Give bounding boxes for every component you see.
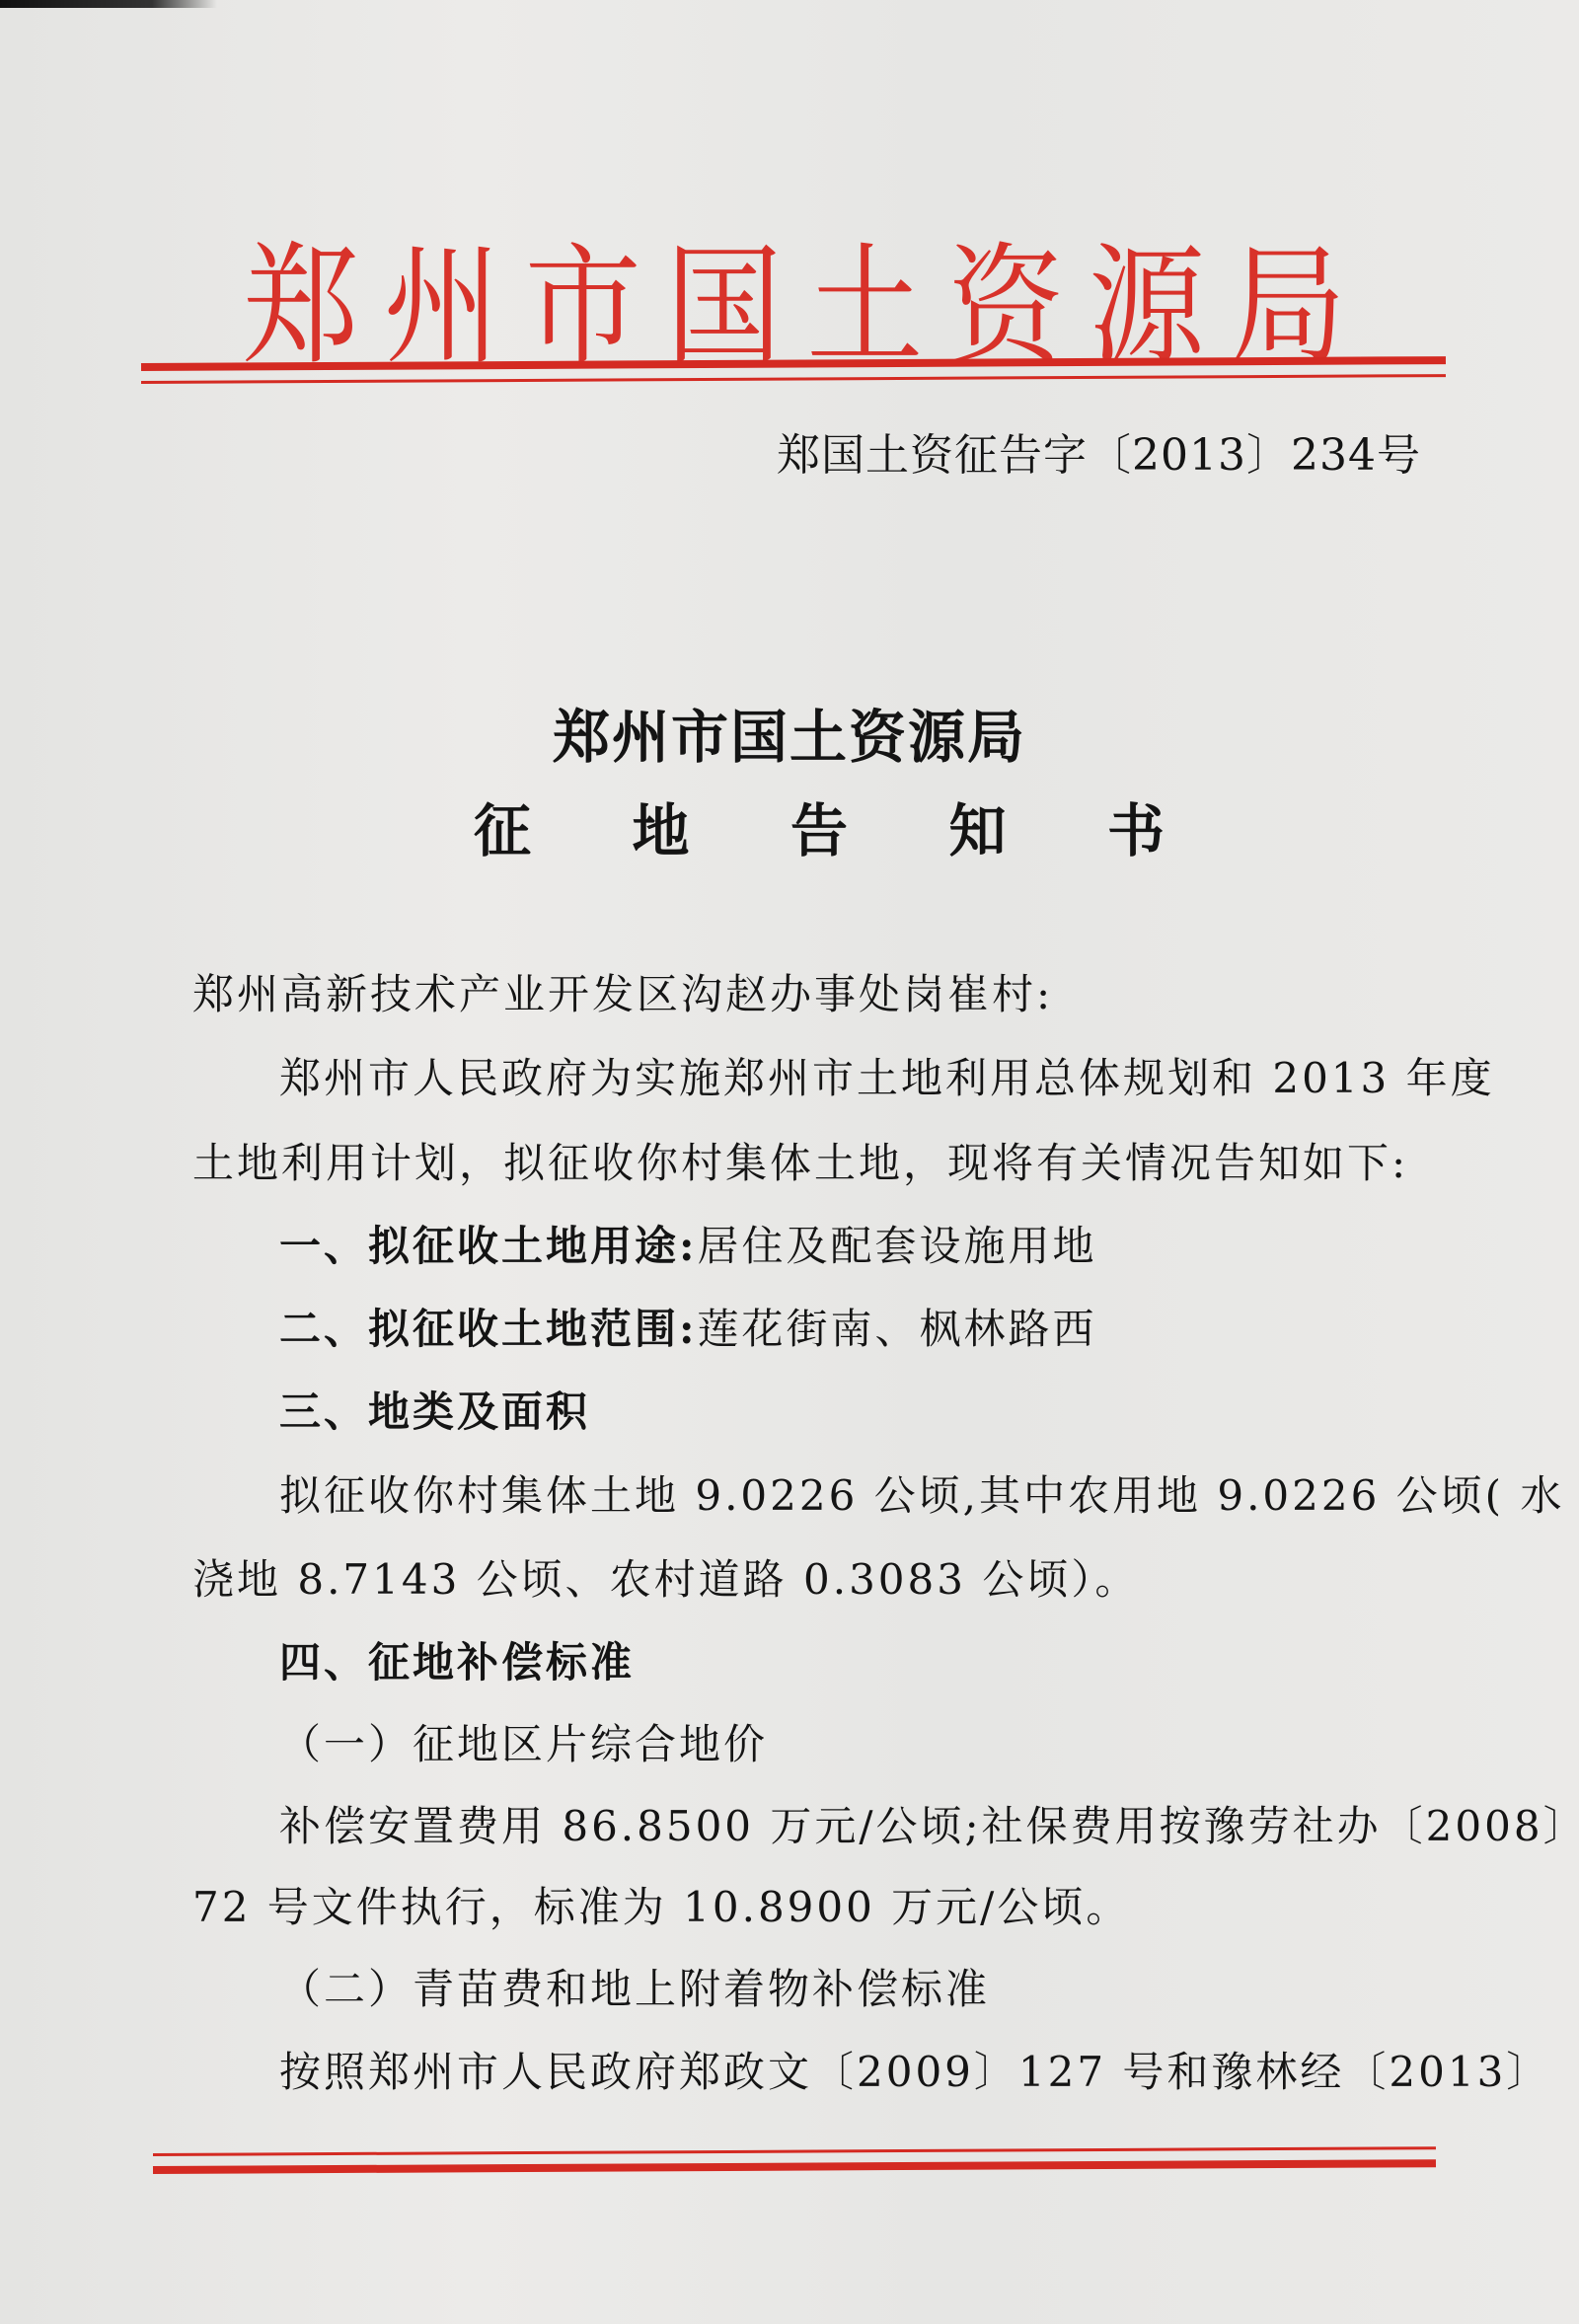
scan-edge-shadow (0, 0, 217, 8)
section-3-text-line-1: 拟征收你村集体土地 9.0226 公顷,其中农用地 9.0226 公顷( 水 (279, 1463, 1564, 1523)
title-char: 征 (474, 785, 531, 867)
masthead-char: 郑 (242, 201, 360, 389)
document-title-issuer: 郑州市国土资源局 (0, 691, 1579, 774)
section-4-sub-1-heading: （一）征地区片综合地价 (279, 1712, 768, 1771)
title-char: 告 (790, 785, 848, 867)
addressee: 郑州高新技术产业开发区沟赵办事处岗崔村: (192, 962, 1053, 1021)
section-3-heading: 三、地类及面积 (279, 1380, 590, 1439)
section-4-heading: 四、征地补偿标准 (279, 1630, 635, 1689)
section-4-sub-1-text-line-1: 补偿安置费用 86.8500 万元/公顷;社保费用按豫劳社办〔2008〕 (279, 1794, 1579, 1853)
section-2: 二、拟征收土地范围:莲花街南、枫林路西 (279, 1297, 1097, 1356)
intro-paragraph-line-1: 郑州市人民政府为实施郑州市土地利用总体规划和 2013 年度 (279, 1046, 1495, 1105)
footer-rule-thick (153, 2159, 1436, 2174)
section-4-sub-2-heading: （二）青苗费和地上附着物补偿标准 (279, 1957, 990, 2016)
intro-paragraph-line-2: 土地利用计划，拟征收你村集体土地，现将有关情况告知如下: (192, 1131, 1408, 1190)
title-char: 书 (1107, 785, 1165, 867)
masthead-red-header: 郑 州 市 国 土 资 源 局 (242, 212, 1347, 378)
document-number: 郑国土资征告字〔2013〕234号 (777, 419, 1421, 483)
section-2-value: 莲花街南、枫林路西 (698, 1305, 1097, 1353)
footer-rule-thin (153, 2146, 1436, 2156)
section-4-sub-1-text-line-2: 72 号文件执行，标准为 10.8900 万元/公顷。 (192, 1875, 1130, 1934)
document-title-main: 征 地 告 知 书 (474, 785, 1165, 867)
section-1: 一、拟征收土地用途:居住及配套设施用地 (279, 1214, 1097, 1273)
section-1-label: 一、拟征收土地用途: (279, 1222, 698, 1270)
title-char: 知 (948, 785, 1006, 867)
section-3-text-line-2: 浇地 8.7143 公顷、农村道路 0.3083 公顷）。 (192, 1547, 1139, 1607)
section-2-label: 二、拟征收土地范围: (279, 1305, 698, 1353)
section-1-value: 居住及配套设施用地 (698, 1222, 1097, 1270)
title-char: 地 (632, 785, 689, 867)
section-4-sub-2-text-line-1: 按照郑州市人民政府郑政文〔2009〕127 号和豫林经〔2013〕 (279, 2040, 1550, 2099)
